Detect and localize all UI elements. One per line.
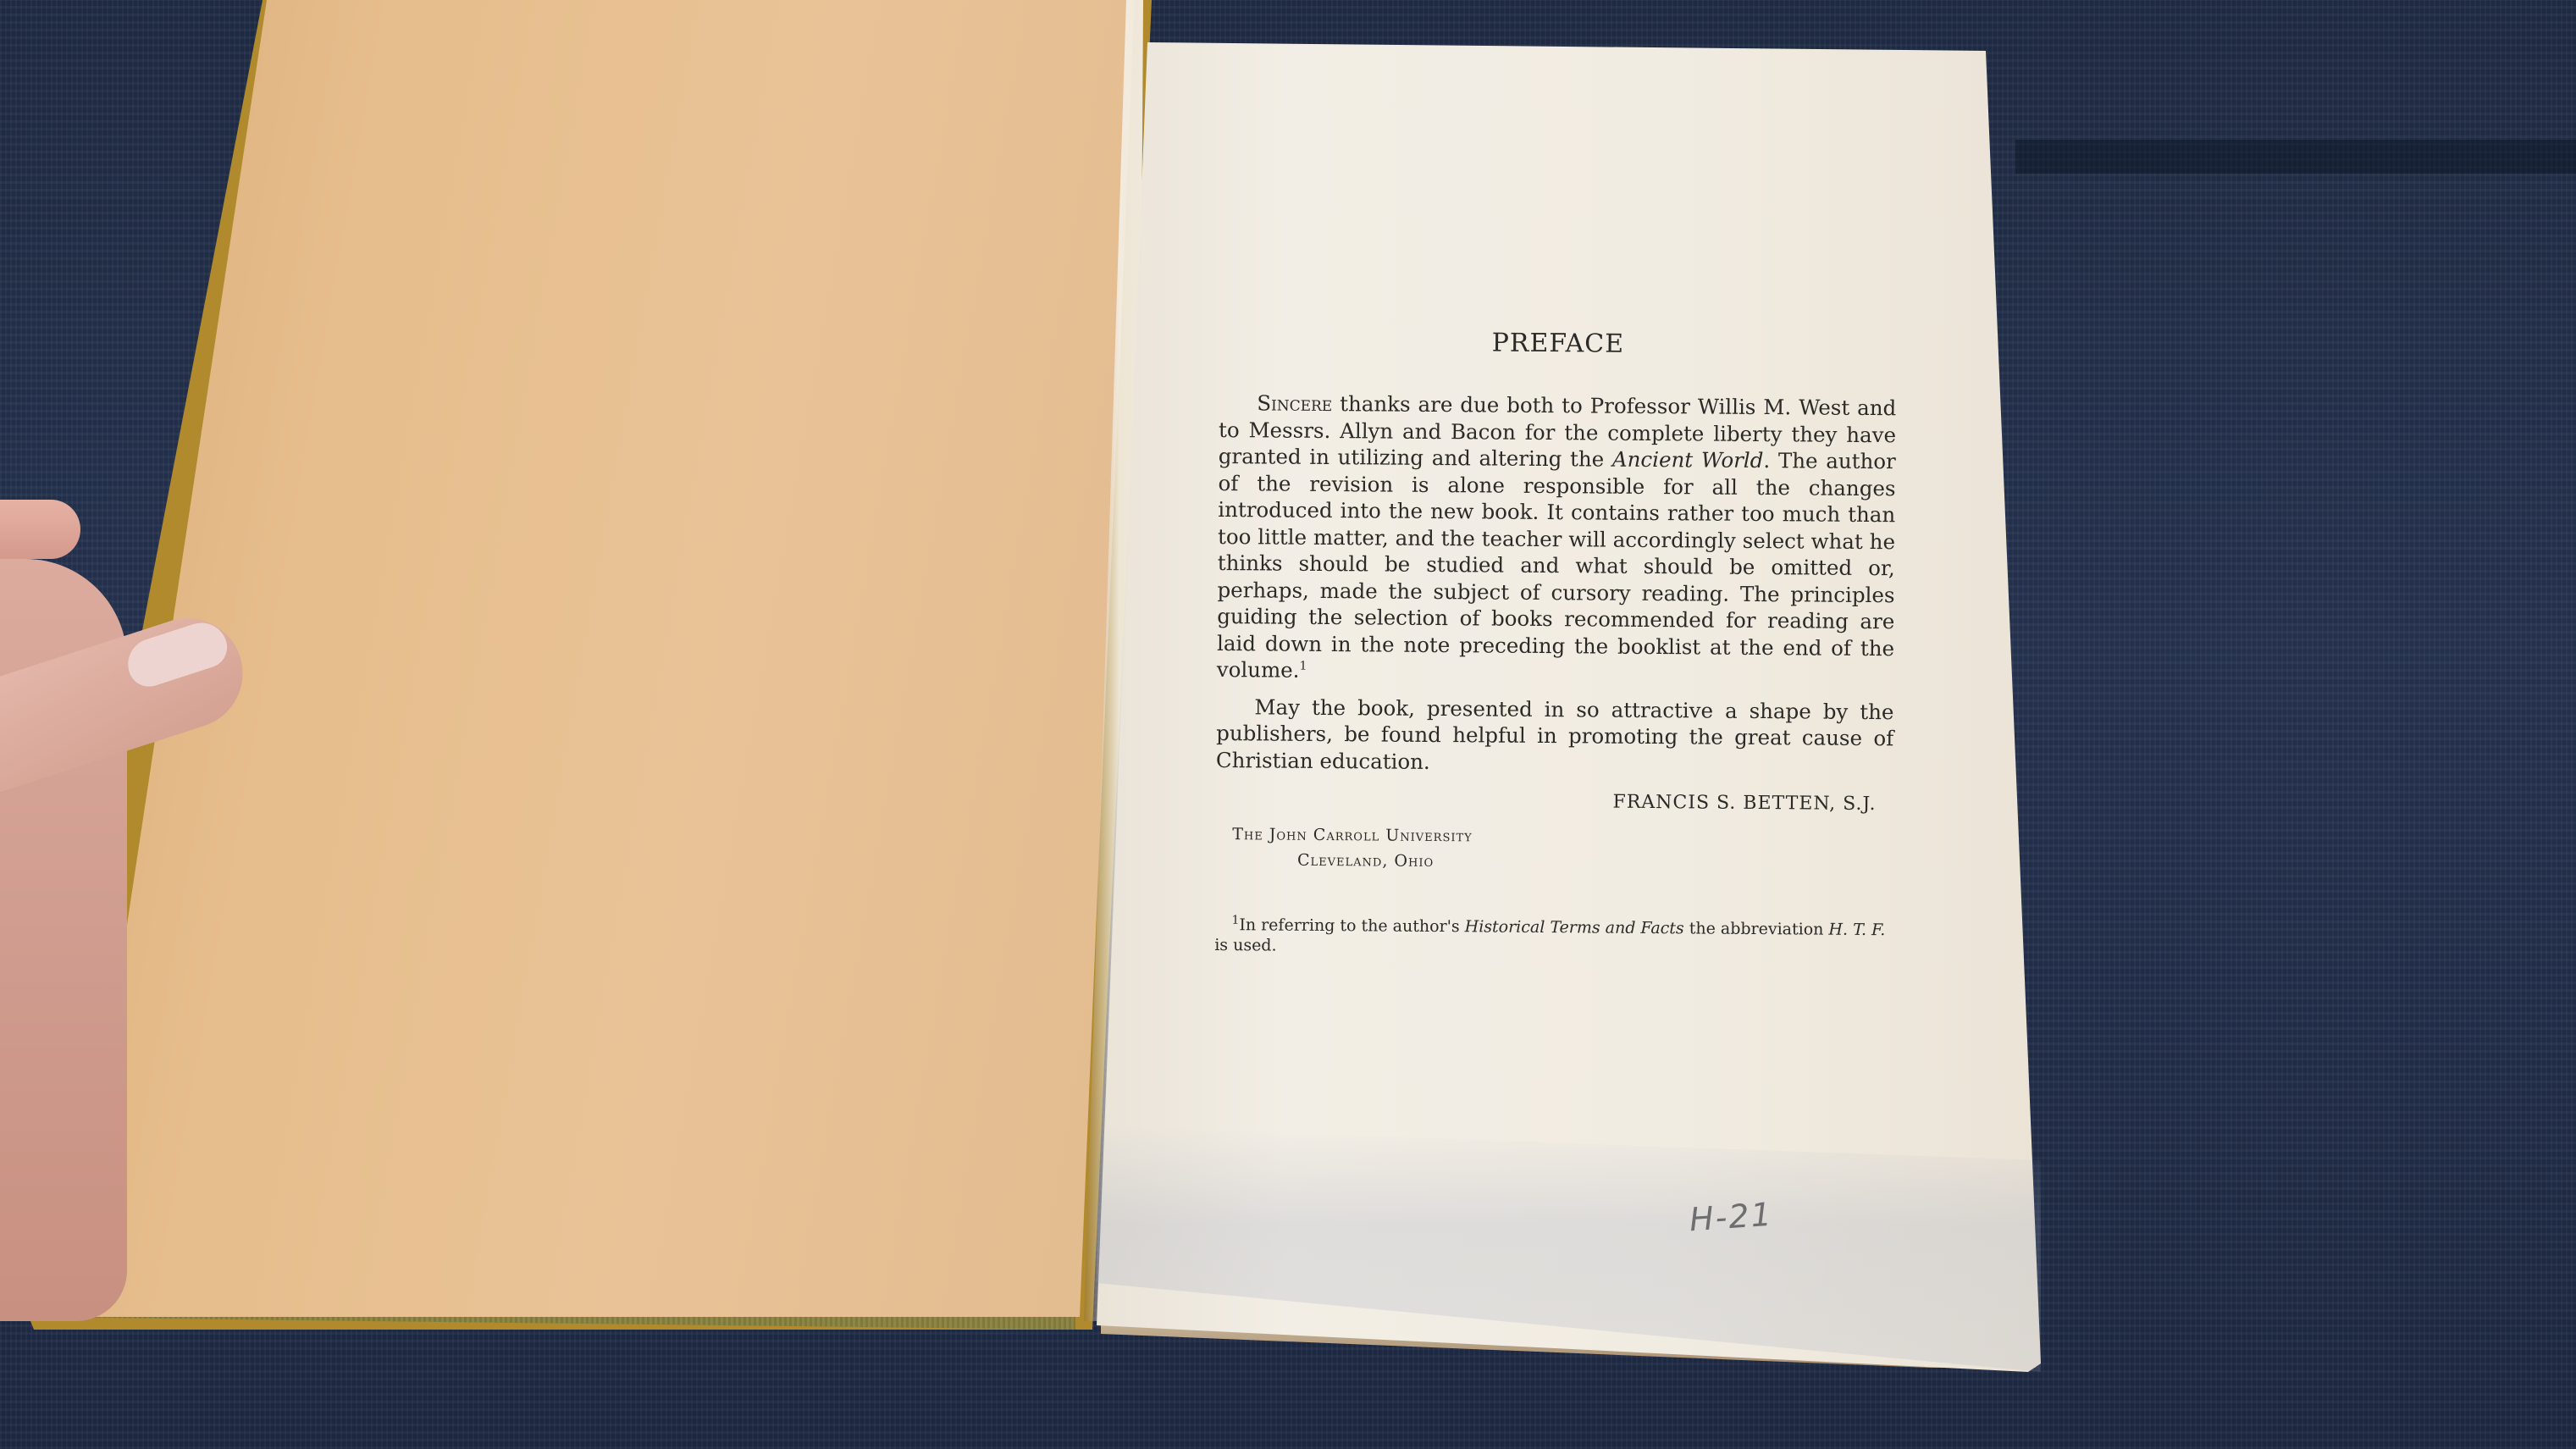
affiliation: The John Carroll University Cleveland, O… <box>1215 821 1893 877</box>
footnote-text: In referring to the author's <box>1239 915 1464 936</box>
affiliation-line-2: Cleveland, Ohio <box>1215 847 1893 877</box>
footnote-number: 1 <box>1231 914 1239 927</box>
footnote-abbreviation: H. T. F. <box>1828 921 1885 940</box>
footnote-text-2: the abbreviation <box>1684 919 1829 938</box>
lead-word: Sincere <box>1257 390 1332 416</box>
preface-paragraph-2: May the book, presented in so attractive… <box>1216 693 1894 778</box>
pencil-annotation: H-21 <box>1689 1196 1774 1239</box>
hand-finger <box>0 500 80 559</box>
footnote-marker: 1 <box>1300 660 1307 673</box>
author-signature: FRANCIS S. BETTEN, S.J. <box>1216 788 1893 815</box>
paragraph-text-2: . The author of the revision is alone re… <box>1217 448 1896 683</box>
footnote: 1In referring to the author's Historical… <box>1214 915 1892 960</box>
thumbnail-nail <box>121 617 232 692</box>
book-title-italic: Ancient World <box>1612 447 1764 473</box>
page-title: PREFACE <box>1219 326 1897 361</box>
preface-paragraph-1: Sincere thanks are due both to Professor… <box>1217 390 1897 689</box>
footnote-book-title: Historical Terms and Facts <box>1465 917 1684 937</box>
footnote-text-3: is used. <box>1214 936 1276 955</box>
preface-text-block: PREFACE Sincere thanks are due both to P… <box>1214 326 1897 960</box>
table-shadow-band <box>2015 140 2576 174</box>
